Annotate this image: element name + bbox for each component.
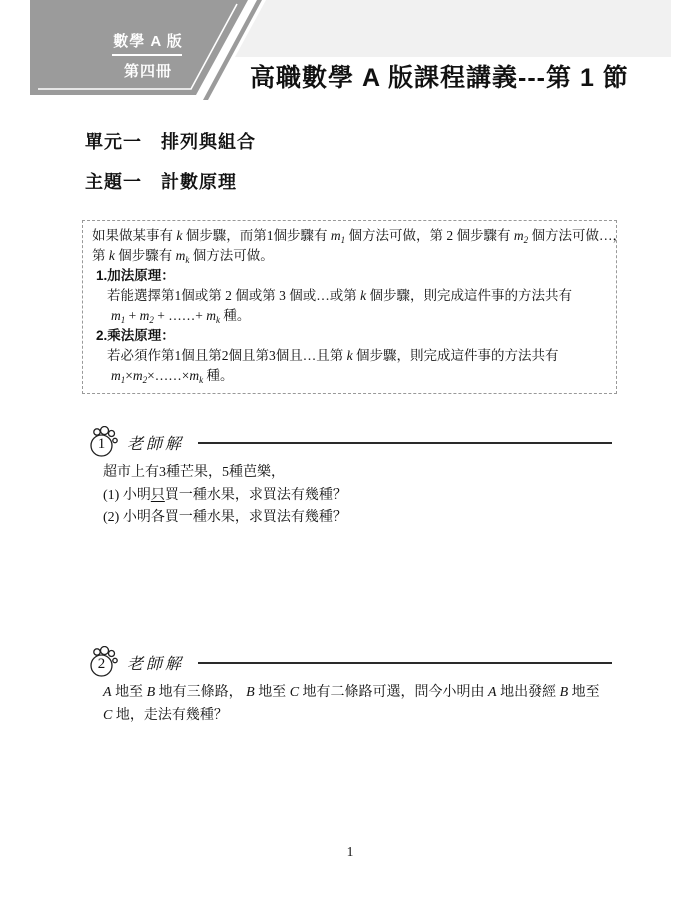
text-line: 1.加法原理： <box>92 266 608 286</box>
text-line: A 地至 B 地有三條路， B 地至 C 地有二條路可選，問今小明由 A 地出發… <box>103 682 612 705</box>
example-rule-divider <box>198 662 612 664</box>
text-segment: 個步驟，而第1個步驟有 <box>182 228 331 243</box>
text-segment: ×……× <box>147 368 189 383</box>
banner-series-label: 數學 A 版 <box>88 30 208 51</box>
example-1-text: 超市上有3種芒果，5種芭樂，(1) 小明只買一種水果，求買法有幾種？(2) 小明… <box>103 462 612 530</box>
banner-volume-label: 第四冊 <box>88 60 208 81</box>
math-variable: A <box>103 685 112 700</box>
text-segment: 個方法可做…， <box>528 228 626 243</box>
text-segment: 只 <box>151 488 165 503</box>
principles-box: 如果做某事有 k 個步驟，而第1個步驟有 m1 個方法可做，第 2 個步驟有 m… <box>82 220 617 394</box>
text-line: (1) 小明只買一種水果，求買法有幾種？ <box>103 485 612 508</box>
math-variable: A <box>488 685 497 700</box>
math-variable: C <box>103 708 112 723</box>
example-2-badge: 2 <box>88 646 121 679</box>
example-1-badge: 1 <box>88 426 121 459</box>
text-segment: 個步驟，則完成這件事的方法共有 <box>353 348 559 363</box>
example-label: 老師解 <box>127 651 184 674</box>
unit-heading: 單元一 排列與組合 <box>85 128 256 154</box>
page-title: 高職數學 A 版課程講義---第 1 節 <box>250 58 629 94</box>
math-variable: B <box>560 685 569 700</box>
text-segment: 地至 <box>568 685 600 700</box>
text-line: 若必須作第1個且第2個且第3個且…且第 k 個步驟，則完成這件事的方法共有 <box>92 346 608 366</box>
topic-heading: 主題一 計數原理 <box>85 168 237 194</box>
text-segment: 地，走法有幾種？ <box>112 708 228 723</box>
text-line: (2) 小明各買一種水果，求買法有幾種？ <box>103 507 612 530</box>
text-segment: 個方法可做。 <box>189 248 273 263</box>
text-segment: 1.加法原理： <box>96 268 175 283</box>
example-label: 老師解 <box>127 431 184 454</box>
text-segment: 種。 <box>203 368 233 383</box>
banner-divider <box>112 54 182 56</box>
text-segment: 個步驟，則完成這件事的方法共有 <box>366 288 572 303</box>
math-variable: B <box>147 685 156 700</box>
text-segment: (1) 小明 <box>103 488 151 503</box>
banner-shape-icon <box>30 0 280 105</box>
text-segment: + <box>125 308 139 323</box>
text-segment: 地至 <box>255 685 290 700</box>
example-rule-divider <box>198 442 612 444</box>
text-segment: (2) 小明各買一種水果，求買法有幾種？ <box>103 510 347 525</box>
example-1-header: 1 老師解 <box>88 426 612 458</box>
math-variable: B <box>246 685 255 700</box>
text-line: 第 k 個步驟有 mk 個方法可做。 <box>92 246 608 266</box>
text-line: 超市上有3種芒果，5種芭樂， <box>103 462 612 485</box>
text-line: m1×m2×……×mk 種。 <box>92 366 608 386</box>
text-line: 如果做某事有 k 個步驟，而第1個步驟有 m1 個方法可做，第 2 個步驟有 m… <box>92 226 608 246</box>
math-variable: m1 <box>111 308 125 323</box>
text-segment: 個步驟有 <box>115 248 176 263</box>
text-segment: × <box>125 368 133 383</box>
document-page: 數學 A 版 第四冊 高職數學 A 版課程講義---第 1 節 單元一 排列與組… <box>0 0 700 906</box>
text-line: C 地，走法有幾種？ <box>103 705 612 728</box>
example-2-block: 2 老師解 A 地至 B 地有三條路， B 地至 C 地有二條路可選，問今小明由… <box>88 646 612 727</box>
text-segment: 如果做某事有 <box>92 228 176 243</box>
text-segment: 第 <box>92 248 109 263</box>
math-variable: m2 <box>140 308 154 323</box>
corner-banner: 數學 A 版 第四冊 <box>30 0 280 105</box>
math-variable: mk <box>176 248 190 263</box>
text-line: 若能選擇第1個或第 2 個或第 3 個或…或第 k 個步驟，則完成這件事的方法共… <box>92 286 608 306</box>
example-2-header: 2 老師解 <box>88 646 612 678</box>
example-number: 2 <box>88 657 115 672</box>
text-segment: 超市上有3種芒果，5種芭樂， <box>103 465 285 480</box>
text-line: m1 + m2 + ……+ mk 種。 <box>92 306 608 326</box>
example-2-text: A 地至 B 地有三條路， B 地至 C 地有二條路可選，問今小明由 A 地出發… <box>103 682 612 727</box>
page-number: 1 <box>0 844 700 860</box>
math-variable: mk <box>206 308 220 323</box>
text-segment: 地有三條路， <box>155 685 246 700</box>
example-number: 1 <box>88 437 115 452</box>
math-variable: m2 <box>514 228 528 243</box>
text-segment: 若能選擇第1個或第 2 個或第 3 個或…或第 <box>107 288 360 303</box>
text-line: 2.乘法原理： <box>92 326 608 346</box>
text-segment: 個方法可做，第 2 個步驟有 <box>345 228 514 243</box>
math-variable: mk <box>189 368 203 383</box>
text-segment: 若必須作第1個且第2個且第3個且…且第 <box>107 348 347 363</box>
text-segment: 地至 <box>112 685 147 700</box>
math-variable: m1 <box>111 368 125 383</box>
text-segment: + ……+ <box>154 308 206 323</box>
text-segment: 2.乘法原理： <box>96 328 175 343</box>
text-segment: 地出發經 <box>497 685 560 700</box>
math-variable: m1 <box>331 228 345 243</box>
text-segment: 地有二條路可選，問今小明由 <box>299 685 488 700</box>
example-1-block: 1 老師解 超市上有3種芒果，5種芭樂，(1) 小明只買一種水果，求買法有幾種？… <box>88 426 612 530</box>
math-variable: C <box>290 685 299 700</box>
text-segment: 買一種水果，求買法有幾種？ <box>165 488 347 503</box>
math-variable: m2 <box>133 368 147 383</box>
text-segment: 種。 <box>220 308 250 323</box>
